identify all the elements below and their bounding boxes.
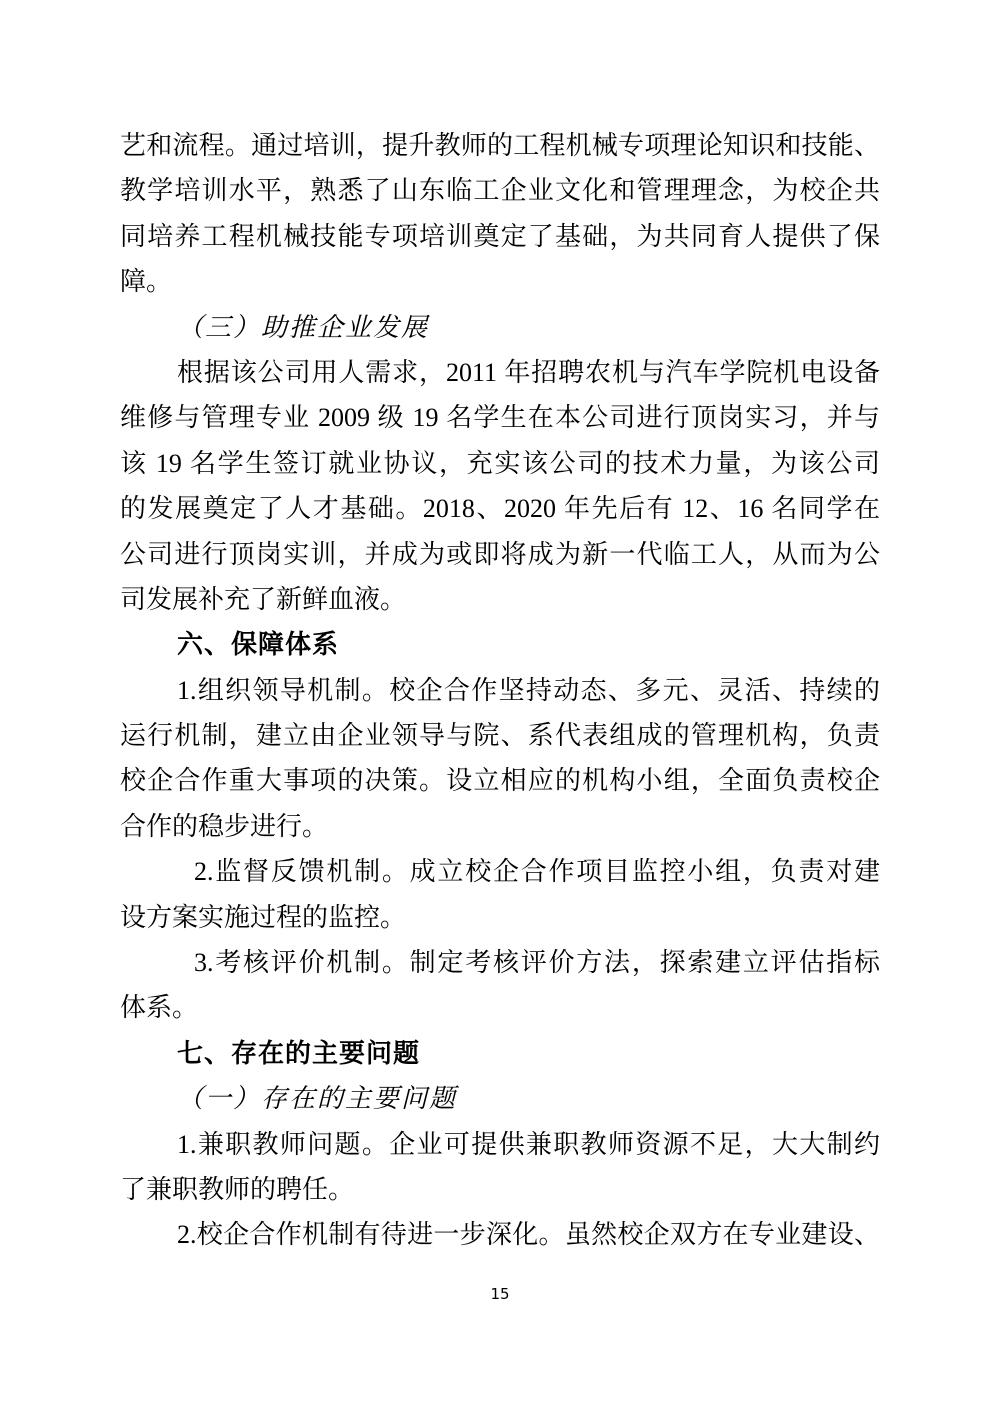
text-line: 司发展补充了新鲜血液。: [120, 577, 880, 622]
text-line: 设方案实施过程的监控。: [120, 895, 880, 940]
section-heading: 七、存在的主要问题: [120, 1031, 880, 1076]
text-line: 维修与管理专业 2009 级 19 名学生在本公司进行顶岗实习，并与: [120, 395, 880, 440]
text-line: 障。: [120, 259, 880, 304]
document-page: 艺和流程。通过培训，提升教师的工程机械专项理论知识和技能、教学培训水平，熟悉了山…: [0, 0, 1000, 1414]
text-line: 同培养工程机械技能专项培训奠定了基础，为共同育人提供了保: [120, 214, 880, 259]
text-line: 的发展奠定了人才基础。2018、2020 年先后有 12、16 名同学在: [120, 486, 880, 531]
text-line: 1.兼职教师问题。企业可提供兼职教师资源不足，大大制约: [120, 1122, 880, 1167]
text-line: 2.校企合作机制有待进一步深化。虽然校企双方在专业建设、: [120, 1212, 880, 1257]
text-line: 1.组织领导机制。校企合作坚持动态、多元、灵活、持续的: [120, 668, 880, 713]
section-heading: 六、保障体系: [120, 622, 880, 667]
text-line: 教学培训水平，熟悉了山东临工企业文化和管理理念，为校企共: [120, 168, 880, 213]
subsection-heading: （一）存在的主要问题: [120, 1076, 880, 1121]
text-line: 艺和流程。通过培训，提升教师的工程机械专项理论知识和技能、: [120, 123, 880, 168]
text-line: 运行机制，建立由企业领导与院、系代表组成的管理机构，负责: [120, 713, 880, 758]
document-text-block: 艺和流程。通过培训，提升教师的工程机械专项理论知识和技能、教学培训水平，熟悉了山…: [120, 123, 880, 1258]
text-line: 校企合作重大事项的决策。设立相应的机构小组，全面负责校企: [120, 758, 880, 803]
text-line: 该 19 名学生签订就业协议，充实该公司的技术力量，为该公司: [120, 441, 880, 486]
text-line: 3.考核评价机制。制定考核评价方法，探索建立评估指标: [120, 940, 880, 985]
text-line: 体系。: [120, 985, 880, 1030]
text-line: 2.监督反馈机制。成立校企合作项目监控小组，负责对建: [120, 849, 880, 894]
page-number: 15: [0, 1285, 1000, 1303]
text-line: 公司进行顶岗实训，并成为或即将成为新一代临工人，从而为公: [120, 532, 880, 577]
text-line: 根据该公司用人需求，2011 年招聘农机与汽车学院机电设备: [120, 350, 880, 395]
subsection-heading: （三）助推企业发展: [120, 305, 880, 350]
text-line: 了兼职教师的聘任。: [120, 1167, 880, 1212]
text-line: 合作的稳步进行。: [120, 804, 880, 849]
